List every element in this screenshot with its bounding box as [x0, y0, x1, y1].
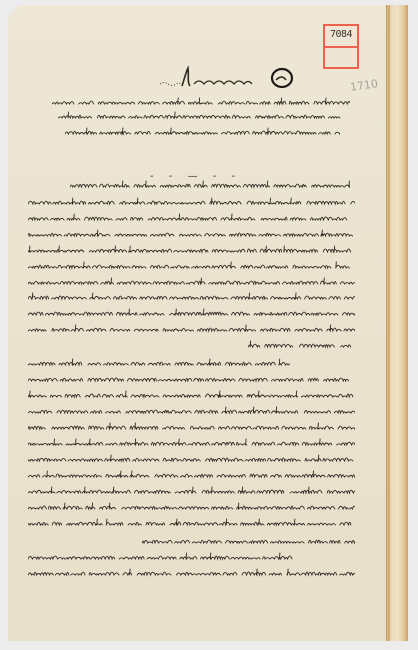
body-text-line	[142, 536, 355, 547]
body-text-line	[248, 340, 355, 351]
body-text-line	[28, 374, 355, 385]
body-text-line	[28, 229, 355, 240]
body-text-line	[28, 470, 355, 481]
body-text-line	[28, 324, 355, 335]
body-text-line	[28, 308, 355, 319]
body-text-line	[70, 180, 350, 191]
body-text-line	[28, 568, 355, 579]
archive-stamp: 7084	[323, 24, 359, 69]
body-text-line	[28, 390, 355, 401]
body-text-line	[28, 518, 355, 529]
body-text-line	[28, 422, 355, 433]
handwritten-heading	[158, 64, 298, 90]
body-text-line	[28, 502, 355, 513]
page-edge-crease	[388, 5, 390, 641]
body-text-line	[28, 552, 300, 563]
stamp-number: 7084	[325, 29, 357, 40]
body-text-line	[28, 197, 355, 208]
body-text-line	[28, 277, 355, 288]
stamp-divider	[325, 46, 357, 48]
body-text-line	[28, 245, 355, 256]
body-text-line	[28, 261, 355, 272]
header-text-line	[52, 97, 350, 108]
header-text-line	[58, 111, 345, 122]
body-text-line	[28, 406, 355, 417]
header-text-line	[65, 127, 340, 138]
body-text-line	[28, 213, 355, 224]
body-text-line	[28, 292, 355, 303]
body-text-line	[28, 454, 355, 465]
body-text-line	[28, 438, 355, 449]
body-text-line	[28, 358, 290, 369]
heading-ink	[158, 64, 298, 90]
body-text-line	[28, 486, 355, 497]
